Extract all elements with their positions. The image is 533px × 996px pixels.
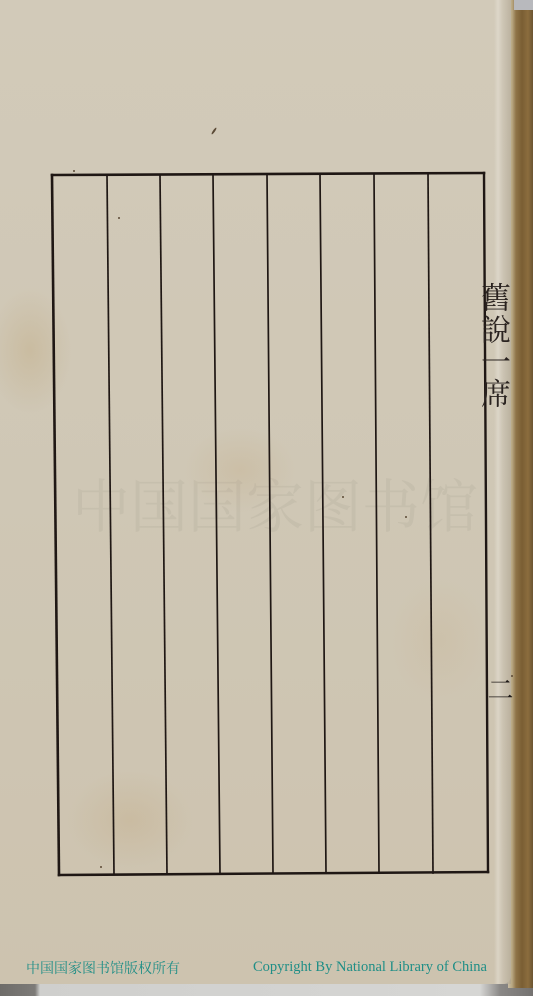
margin-book-title: 舊說一席 [490,282,514,410]
column-rule [213,174,220,874]
column-rule [267,174,273,873]
column-rule [160,175,167,874]
margin-page-number: 二 [489,676,513,702]
frame-left-border [52,175,59,875]
column-rule [107,175,114,874]
copyright-chinese: 中国国家图书馆版权所有 [26,958,180,978]
column-rule [374,174,379,873]
column-rule [428,173,433,873]
copyright-english: Copyright By National Library of China [253,959,487,976]
frame-top-border [52,173,484,175]
column-rule [320,174,326,873]
ruled-frame [0,0,533,996]
frame-right-border [484,173,488,872]
